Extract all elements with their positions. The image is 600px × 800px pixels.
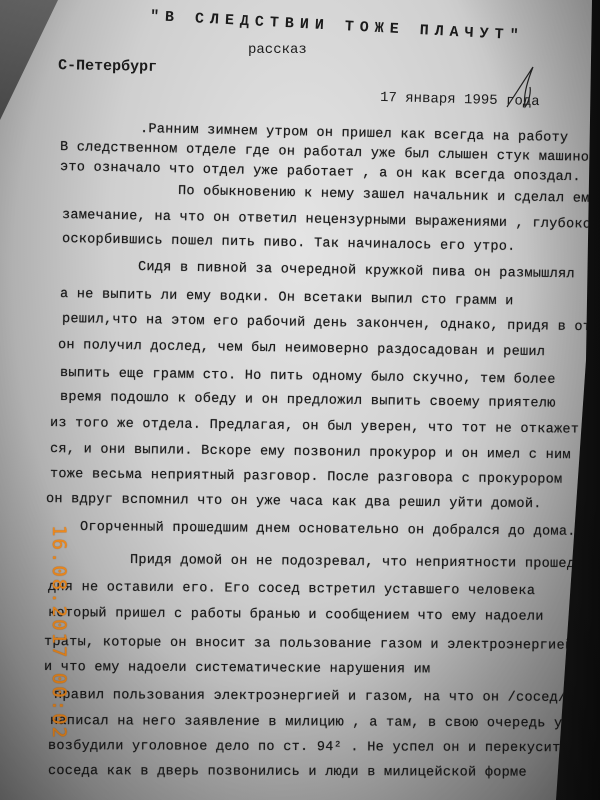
- city-header: С-Петербург: [58, 57, 157, 76]
- story-line: оскорбившись пошел пить пиво. Так начина…: [62, 232, 516, 255]
- story-title: "В СЛЕДСТВИИ ТОЖЕ ПЛАЧУТ": [150, 8, 525, 45]
- story-line: он вдруг вспомнил что он уже часа как дв…: [46, 492, 542, 512]
- story-line: Огорченный прошедшим днем основательно о…: [80, 520, 576, 540]
- story-line: ся, и они выпили. Вскоре ему позвонил пр…: [50, 442, 571, 463]
- story-line: а не выпить ли ему водки. Он всетаки вып…: [60, 287, 514, 309]
- story-line: он получил дослед, чем был неимоверно ра…: [58, 338, 545, 360]
- story-line: Придя домой он не подозревал, что неприя…: [130, 553, 600, 572]
- camera-date-stamp: 16.08.2017 00:02: [48, 525, 70, 740]
- story-line: дня не оставили его. Его сосед встретил …: [48, 580, 535, 599]
- story-line: решил,что на этом его рабочий день закон…: [62, 312, 600, 336]
- story-line: замечание, на что он ответил нецензурным…: [62, 208, 591, 233]
- story-line: который пришел с работы бранью и сообщен…: [48, 606, 544, 625]
- typewritten-page: "В СЛЕДСТВИИ ТОЖЕ ПЛАЧУТ" рассказ С-Пете…: [0, 0, 600, 800]
- story-line: тоже весьма неприятный разговор. После р…: [50, 467, 563, 488]
- story-line: и что ему надоели систематические наруше…: [44, 660, 431, 677]
- story-line: из того же отдела. Предлагая, он был уве…: [50, 416, 588, 438]
- story-line: время подошло к обеду и он предложил вып…: [60, 390, 556, 412]
- story-line: По обыкновению к нему зашел начальник и …: [178, 184, 598, 207]
- story-line: соседа как в дверь позвонились и люди в …: [48, 764, 527, 781]
- story-genre: рассказ: [248, 42, 307, 58]
- story-line: Сидя в пивной за очередной кружкой пива …: [138, 260, 575, 282]
- handwritten-mark-icon: [505, 62, 535, 112]
- story-line: траты, которые он вносит за пользование …: [44, 635, 573, 654]
- story-line: правил пользования электроэнергией и газ…: [54, 688, 567, 706]
- story-line: выпить еще грамм сто. Но пить одному был…: [60, 366, 556, 388]
- story-line: написал на него заявление в милицию , а …: [50, 714, 579, 732]
- story-line: возбудили уголовное дело по ст. 94² . Не…: [48, 739, 569, 756]
